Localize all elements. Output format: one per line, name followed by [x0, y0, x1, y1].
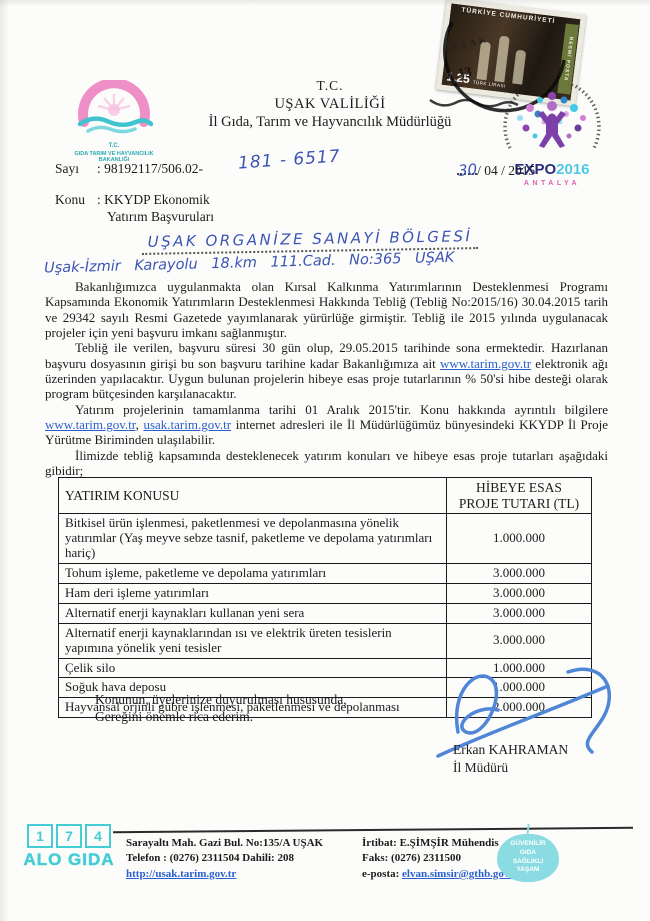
grant-amount-cell: 3.000.000: [447, 623, 592, 658]
date-handwritten-day: 30: [457, 160, 478, 180]
safe-food-apple-logo: GÜVENİLİR GIDA SAĞLIKLI YAŞAM: [497, 822, 561, 884]
body-paragraph-4: İlimizde tebliğ kapsamında desteklenecek…: [45, 448, 608, 479]
table-row: Tohum işleme, paketleme ve depolama yatı…: [59, 563, 592, 583]
table-body: Bitkisel ürün işlenmesi, paketlenmesi ve…: [59, 514, 592, 718]
signer-title: İl Müdürü: [453, 759, 568, 777]
footer-website-link[interactable]: http://usak.tarim.gov.tr: [126, 868, 236, 880]
apple-text-line2: GIDA: [497, 849, 559, 858]
investment-topic-cell: Alternatif enerji kaynaklarından ısı ve …: [59, 623, 447, 658]
investment-topic-cell: Alternatif enerji kaynakları kullanan ye…: [59, 603, 447, 623]
signer-block: Erkan KAHRAMAN İl Müdürü: [453, 741, 568, 776]
body-paragraph-3: Yatırım projelerinin tamamlanma tarihi 0…: [45, 402, 608, 448]
recipient-handwritten-line1: UŞAK ORGANİZE SANAYİ BÖLGESİ: [85, 226, 535, 252]
table-row: Alternatif enerji kaynakları kullanan ye…: [59, 603, 592, 623]
alo-digit: 7: [56, 824, 82, 848]
stamp-image-shape: [512, 50, 526, 85]
postmark-number: 13: [457, 65, 474, 83]
table-row: Alternatif enerji kaynaklarından ısı ve …: [59, 623, 592, 658]
tarim-gov-tr-link[interactable]: www.tarim.gov.tr: [440, 356, 531, 371]
grant-amount-cell: 3.000.000: [447, 583, 592, 603]
footer-phone: Telefon : (0276) 2311504 Dahili: 208: [126, 851, 356, 866]
apple-text-line1: GÜVENİLİR: [497, 840, 559, 849]
sayi-line: Sayı: 98192117/506.02-: [55, 161, 203, 177]
konu-text-2: Yatırım Başvuruları: [107, 209, 214, 226]
letter-body: Bakanlığımızca uygulanmakta olan Kırsal …: [45, 279, 608, 478]
investment-topic-cell: Tohum işleme, paketleme ve depolama yatı…: [59, 563, 447, 583]
sayi-handwritten-number: 181 - 6517: [237, 146, 341, 173]
grants-table: YATIRIM KONUSU HİBEYE ESASPROJE TUTARI (…: [58, 477, 592, 718]
table-header-row: YATIRIM KONUSU HİBEYE ESASPROJE TUTARI (…: [59, 478, 592, 514]
alo-digit: 1: [27, 824, 53, 848]
date-printed: / 04 / 2015: [477, 163, 535, 178]
apple-text-line4: YAŞAM: [497, 866, 559, 875]
grant-amount-cell: 3.000.000: [447, 563, 592, 583]
table-row: Ham deri işleme yatırımları3.000.000: [59, 583, 592, 603]
apple-text-line3: SAĞLIKLI: [497, 858, 559, 867]
investment-topic-cell: Çelik silo: [59, 658, 447, 678]
table-row: Bitkisel ürün işlenmesi, paketlenmesi ve…: [59, 514, 592, 564]
grant-amount-cell: 2.000.000: [447, 698, 592, 718]
sayi-value: : 98192117/506.02-: [97, 161, 203, 176]
grant-amount-cell: 3.000.000: [447, 603, 592, 623]
usak-tarim-gov-tr-link[interactable]: usak.tarim.gov.tr: [143, 417, 231, 432]
konu-line: Konu: KKYDP Ekonomik Yatırım Başvuruları: [55, 192, 214, 226]
investment-topic-cell: Bitkisel ürün işlenmesi, paketlenmesi ve…: [59, 514, 447, 564]
body-paragraph-1: Bakanlığımızca uygulanmakta olan Kırsal …: [45, 279, 608, 340]
konu-label: Konu: [55, 192, 97, 209]
grant-amount-cell: 1.000.000: [447, 514, 592, 564]
ministry-logo-line1: T.C.: [56, 143, 172, 151]
grant-amount-cell: 1.000.000: [447, 658, 592, 678]
expo-city: ANTALYA: [490, 180, 614, 188]
sayi-label: Sayı: [55, 161, 97, 177]
closing-text: Konunun, üyelerinize duyurulması hususun…: [95, 692, 347, 726]
header-grant-amount: HİBEYE ESASPROJE TUTARI (TL): [447, 478, 592, 514]
footer-address-column: Sarayaltı Mah. Gazi Bul. No:135/A UŞAK T…: [126, 836, 356, 882]
footer-address: Sarayaltı Mah. Gazi Bul. No:135/A UŞAK: [126, 836, 356, 851]
expo-tree-icon: [490, 84, 614, 170]
grant-amount-cell: 1.000.000: [447, 678, 592, 698]
expo-year: 2016: [556, 161, 589, 178]
investment-topic-cell: Ham deri işleme yatırımları: [59, 583, 447, 603]
body-paragraph-2: Tebliğ ile verilen, başvuru süresi 30 gü…: [45, 340, 608, 401]
konu-text-1: : KKYDP Ekonomik: [97, 192, 210, 207]
signer-name: Erkan KAHRAMAN: [453, 741, 568, 759]
closing-line-1: Konunun, üyelerinize duyurulması hususun…: [95, 692, 347, 709]
closing-line-2: Gereğini önemle rica ederim.: [95, 709, 347, 726]
table-row: Çelik silo1.000.000: [59, 658, 592, 678]
scanned-letter-page: T.C. GIDA TARIM VE HAYVANCILIK BAKANLIĞI…: [0, 0, 650, 921]
tarim-gov-tr-link-2[interactable]: www.tarim.gov.tr: [45, 417, 136, 432]
header-investment-topic: YATIRIM KONUSU: [59, 478, 447, 514]
date-line: 30/ 04 / 2015: [458, 161, 535, 179]
alo-gida-label: ALO GIDA: [22, 850, 116, 870]
alo-gida-logo: 1 7 4 ALO GIDA: [22, 824, 116, 870]
alo-digit: 4: [85, 824, 111, 848]
stamp-country-label: TÜRKİYE CUMHURİYETİ: [450, 5, 566, 26]
